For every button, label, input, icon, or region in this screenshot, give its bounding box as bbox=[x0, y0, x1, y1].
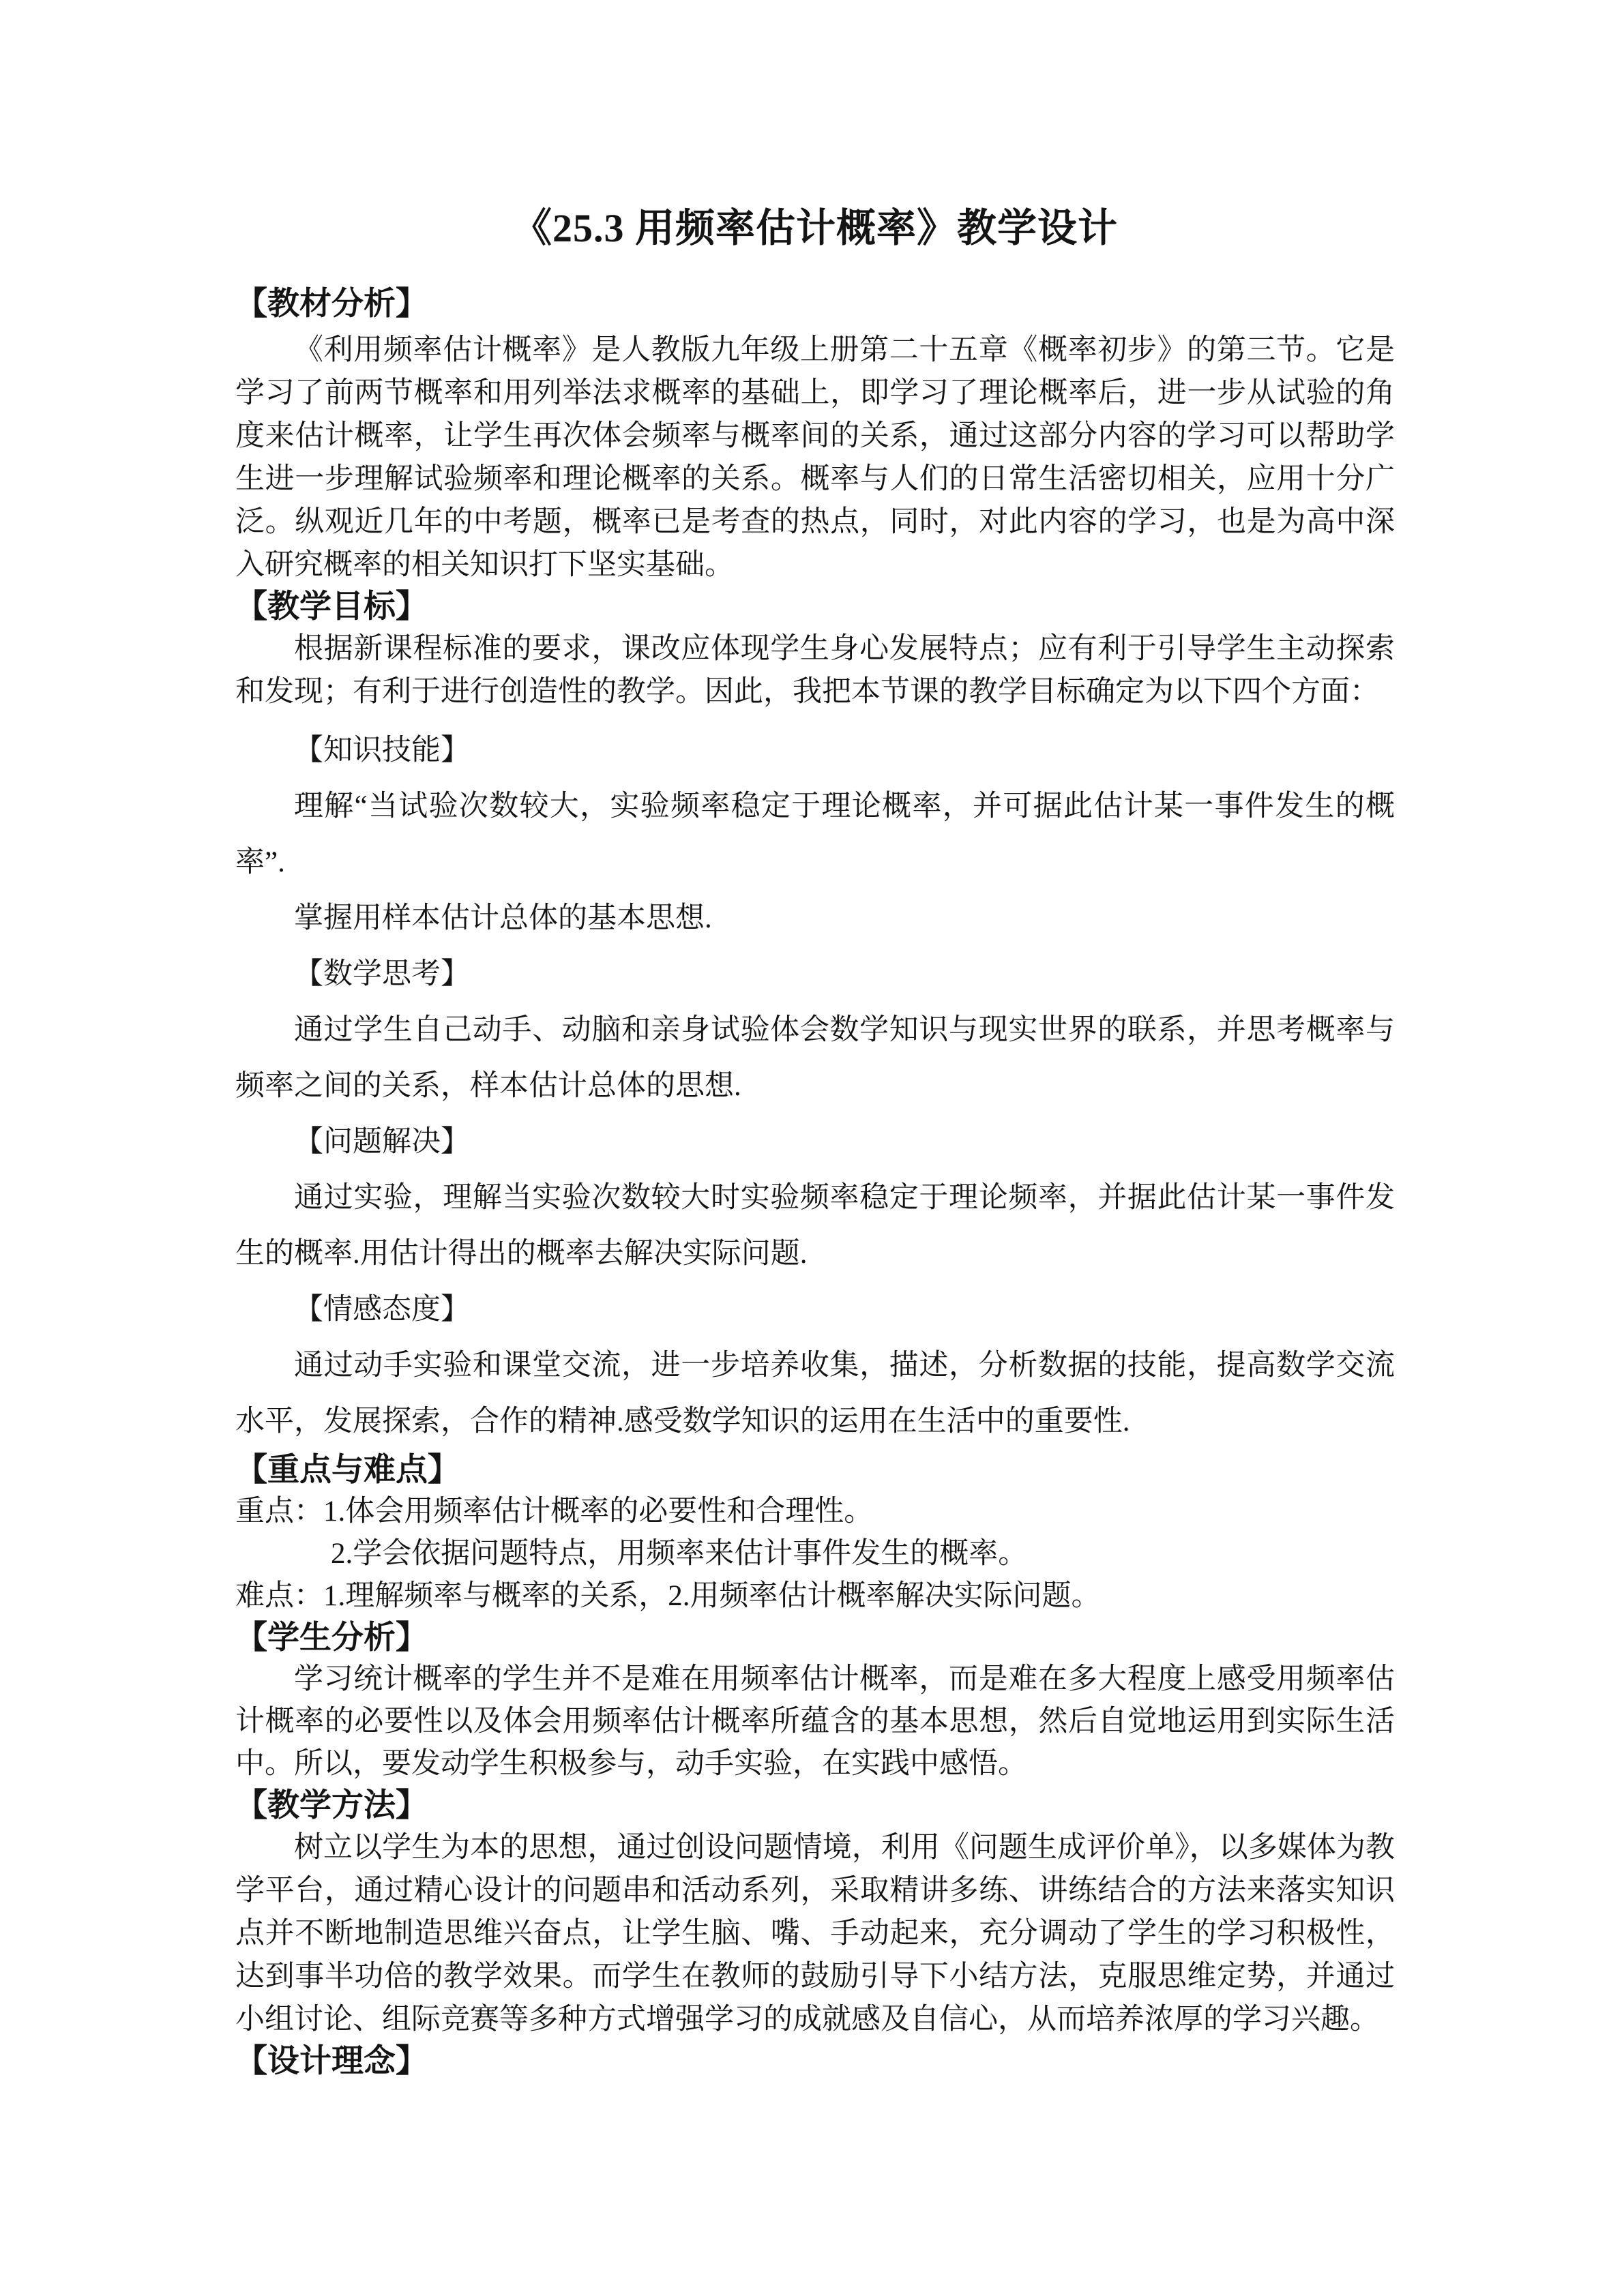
document-page: 《25.3 用频率估计概率》教学设计 【教材分析】 《利用频率估计概率》是人教版… bbox=[0, 0, 1624, 2296]
para-material-analysis: 《利用频率估计概率》是人教版九年级上册第二十五章《概率初步》的第三节。它是学习了… bbox=[235, 329, 1395, 586]
para-emotional-attitude: 通过动手实验和课堂交流，进一步培养收集，描述，分析数据的技能，提高数学交流水平，… bbox=[235, 1338, 1395, 1450]
para-knowledge-skills-1: 理解“当试验次数较大，实验频率稳定于理论概率，并可据此估计某一事件发生的概率”. bbox=[235, 779, 1395, 891]
heading-design-concept: 【设计理念】 bbox=[235, 2041, 1395, 2082]
goal-subsections: 【知识技能】 理解“当试验次数较大，实验频率稳定于理论概率，并可据此估计某一事件… bbox=[235, 723, 1395, 1450]
document-content: 《25.3 用频率估计概率》教学设计 【教材分析】 《利用频率估计概率》是人教版… bbox=[235, 0, 1395, 2082]
heading-key-points: 【重点与难点】 bbox=[235, 1450, 1395, 1491]
key-points-line-2: 2.学会依据问题特点，用频率来估计事件发生的概率。 bbox=[235, 1533, 1395, 1575]
para-knowledge-skills-2: 掌握用样本估计总体的基本思想. bbox=[235, 891, 1395, 946]
heading-teaching-methods: 【教学方法】 bbox=[235, 1785, 1395, 1826]
subheading-emotional-attitude: 【情感态度】 bbox=[235, 1282, 1395, 1338]
key-points-line-3: 难点：1.理解频率与概率的关系，2.用频率估计概率解决实际问题。 bbox=[235, 1575, 1395, 1617]
heading-material-analysis: 【教材分析】 bbox=[235, 284, 1395, 325]
heading-student-analysis: 【学生分析】 bbox=[235, 1617, 1395, 1658]
document-title: 《25.3 用频率估计概率》教学设计 bbox=[235, 0, 1395, 252]
para-teaching-methods: 树立以学生为本的思想，通过创设问题情境，利用《问题生成评价单》，以多媒体为教学平… bbox=[235, 1826, 1395, 2041]
heading-teaching-goals: 【教学目标】 bbox=[235, 586, 1395, 627]
key-points-line-1: 重点：1.体会用频率估计概率的必要性和合理性。 bbox=[235, 1491, 1395, 1533]
subheading-knowledge-skills: 【知识技能】 bbox=[235, 723, 1395, 779]
subheading-math-thinking: 【数学思考】 bbox=[235, 946, 1395, 1002]
para-teaching-goals: 根据新课程标准的要求，课改应体现学生身心发展特点；应有利于引导学生主动探索和发现… bbox=[235, 627, 1395, 713]
para-student-analysis: 学习统计概率的学生并不是难在用频率估计概率，而是难在多大程度上感受用频率估计概率… bbox=[235, 1658, 1395, 1785]
subheading-problem-solving: 【问题解决】 bbox=[235, 1114, 1395, 1170]
para-problem-solving: 通过实验，理解当实验次数较大时实验频率稳定于理论频率，并据此估计某一事件发生的概… bbox=[235, 1170, 1395, 1282]
para-math-thinking: 通过学生自己动手、动脑和亲身试验体会数学知识与现实世界的联系，并思考概率与频率之… bbox=[235, 1002, 1395, 1114]
